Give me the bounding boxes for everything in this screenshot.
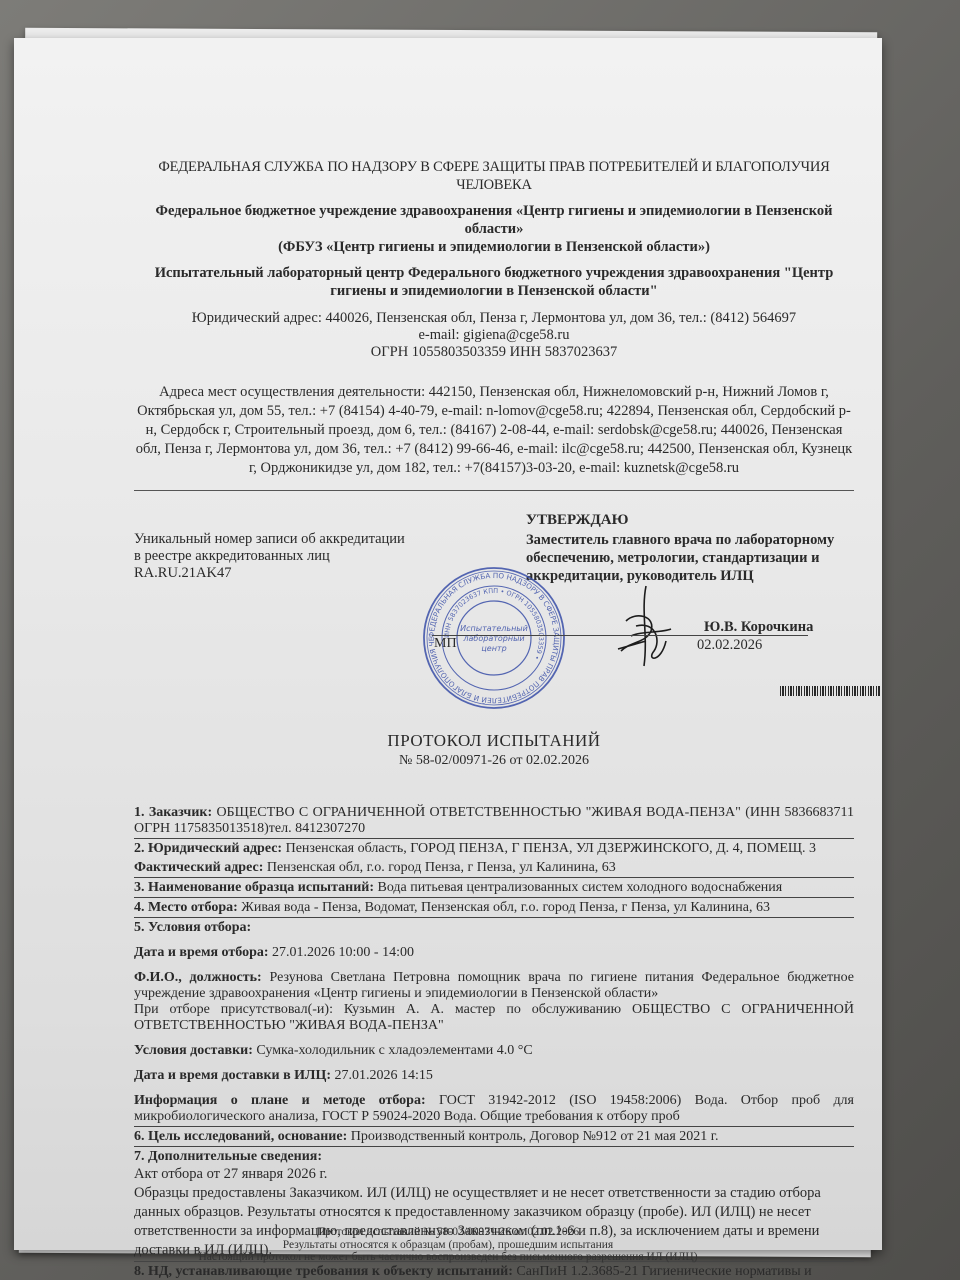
signer-name: Ю.В. Корочкина bbox=[704, 619, 813, 636]
delivery-conditions-label: Условия доставки: bbox=[134, 1043, 253, 1058]
legal-address-value: Пензенская область, ГОРОД ПЕНЗА, Г ПЕНЗА… bbox=[286, 841, 816, 856]
header-divider bbox=[134, 490, 854, 491]
lab-name: Испытательный лабораторный центр Федерал… bbox=[134, 264, 854, 300]
page-footer: Протокол испытаний № 58-02/00971-26 от 0… bbox=[14, 1226, 882, 1264]
normative-docs-value: СанПиН 1.2.3685-21 Гигиенические нормати… bbox=[516, 1264, 811, 1279]
footer-reproduction-note: Настоящий протокол не может быть частичн… bbox=[14, 1251, 882, 1264]
signature-icon bbox=[606, 581, 696, 671]
delivery-datetime-label: Дата и время доставки в ИЛЦ: bbox=[134, 1068, 331, 1083]
ogrn-inn: ОГРН 1055803503359 ИНН 5837023637 bbox=[134, 344, 854, 361]
sampling-act: Акт отбора от 27 января 2026 г. bbox=[134, 1165, 854, 1184]
svg-text:Испытательный: Испытательный bbox=[460, 624, 528, 633]
activity-addresses: Адреса мест осуществления деятельности: … bbox=[134, 383, 854, 478]
accreditation-line2: в реестре аккредитованных лиц bbox=[134, 548, 405, 565]
sample-name-value: Вода питьевая централизованных систем хо… bbox=[378, 880, 783, 895]
research-purpose-value: Производственный контроль, Договор №912 … bbox=[351, 1129, 719, 1144]
normative-docs-label: 8. НД, устанавливающие требования к объе… bbox=[134, 1264, 513, 1279]
sampling-conditions-label: 5. Условия отбора: bbox=[134, 920, 251, 935]
section-actual-address: Фактический адрес: Пензенская обл, г.о. … bbox=[134, 858, 854, 878]
section-sampling-place: 4. Место отбора: Живая вода - Пенза, Вод… bbox=[134, 898, 854, 918]
sampling-datetime: Дата и время отбора: 27.01.2026 10:00 - … bbox=[134, 943, 854, 962]
svg-text:центр: центр bbox=[481, 644, 506, 653]
document-page: ФЕДЕРАЛЬНАЯ СЛУЖБА ПО НАДЗОРУ В СФЕРЕ ЗА… bbox=[14, 38, 882, 1250]
additional-info-label: 7. Дополнительные сведения: bbox=[134, 1149, 322, 1164]
delivery-conditions-value: Сумка-холодильник с хладоэлементами 4.0 … bbox=[256, 1043, 532, 1058]
actual-address-label: Фактический адрес: bbox=[134, 860, 263, 875]
legal-address-label: 2. Юридический адрес: bbox=[134, 841, 282, 856]
institution-name: Федеральное бюджетное учреждение здравоо… bbox=[134, 202, 854, 238]
sampling-place-value: Живая вода - Пенза, Водомат, Пензенская … bbox=[241, 900, 770, 915]
approval-info: УТВЕРЖДАЮ Заместитель главного врача по … bbox=[526, 511, 856, 585]
document-content: ФЕДЕРАЛЬНАЯ СЛУЖБА ПО НАДЗОРУ В СФЕРЕ ЗА… bbox=[134, 158, 854, 1280]
sampler-label: Ф.И.О., должность: bbox=[134, 970, 262, 985]
email: e-mail: gigiena@cge58.ru bbox=[134, 327, 854, 344]
delivery-conditions: Условия доставки: Сумка-холодильник с хл… bbox=[134, 1041, 854, 1060]
actual-address-value: Пензенская обл, г.о. город Пенза, г Пенз… bbox=[267, 860, 616, 875]
approval-title: УТВЕРЖДАЮ bbox=[526, 511, 856, 529]
approval-position: Заместитель главного врача по лабораторн… bbox=[526, 531, 856, 585]
approval-date: 02.02.2026 bbox=[697, 637, 762, 654]
approval-block: Уникальный номер записи об аккредитации … bbox=[134, 501, 854, 661]
customer-phone: тел. 8412307270 bbox=[269, 821, 365, 836]
footer-results-note: Результаты относятся к образцам (пробам)… bbox=[14, 1239, 882, 1252]
section-legal-address: 2. Юридический адрес: Пензенская область… bbox=[134, 839, 854, 858]
seal-mark: МП bbox=[434, 636, 457, 652]
sampling-datetime-value: 27.01.2026 10:00 - 14:00 bbox=[272, 945, 414, 960]
research-purpose-label: 6. Цель исследований, основание: bbox=[134, 1129, 347, 1144]
section-sampling-conditions: 5. Условия отбора: bbox=[134, 918, 854, 937]
protocol-number: № 58-02/00971-26 от 02.02.2026 bbox=[134, 753, 854, 769]
section-research-purpose: 6. Цель исследований, основание: Произво… bbox=[134, 1127, 854, 1147]
barcode-icon bbox=[780, 686, 880, 696]
customer-label: 1. Заказчик: bbox=[134, 805, 212, 820]
accreditation-line1: Уникальный номер записи об аккредитации bbox=[134, 531, 405, 548]
legal-address: Юридический адрес: 440026, Пензенская об… bbox=[134, 310, 854, 327]
section-sample-name: 3. Наименование образца испытаний: Вода … bbox=[134, 878, 854, 898]
delivery-datetime: Дата и время доставки в ИЛЦ: 27.01.2026 … bbox=[134, 1066, 854, 1085]
institution-short-name: (ФБУЗ «Центр гигиены и эпидемиологии в П… bbox=[134, 238, 854, 256]
sampling-place-label: 4. Место отбора: bbox=[134, 900, 238, 915]
footer-protocol-number: Протокол испытаний № 58-02/00971-26 от 0… bbox=[14, 1226, 882, 1239]
present-persons: При отборе присутствовал(-и): Кузьмин А.… bbox=[134, 1002, 854, 1034]
sampling-method: Информация о плане и методе отбора: ГОСТ… bbox=[134, 1091, 854, 1127]
agency-heading: ФЕДЕРАЛЬНАЯ СЛУЖБА ПО НАДЗОРУ В СФЕРЕ ЗА… bbox=[134, 158, 854, 194]
sampling-method-label: Информация о плане и методе отбора: bbox=[134, 1093, 426, 1108]
sampling-datetime-label: Дата и время отбора: bbox=[134, 945, 269, 960]
delivery-datetime-value: 27.01.2026 14:15 bbox=[335, 1068, 433, 1083]
sample-name-label: 3. Наименование образца испытаний: bbox=[134, 880, 374, 895]
accreditation-number: RA.RU.21AK47 bbox=[134, 565, 405, 582]
section-customer: 1. Заказчик: ОБЩЕСТВО С ОГРАНИЧЕННОЙ ОТВ… bbox=[134, 803, 854, 839]
sampler-info: Ф.И.О., должность: Резунова Светлана Пет… bbox=[134, 968, 854, 1035]
protocol-title: ПРОТОКОЛ ИСПЫТАНИЙ bbox=[134, 731, 854, 751]
section-normative-docs: 8. НД, устанавливающие требования к объе… bbox=[134, 1262, 854, 1280]
accreditation-info: Уникальный номер записи об аккредитации … bbox=[134, 531, 405, 582]
customer-value: ОБЩЕСТВО С ОГРАНИЧЕННОЙ ОТВЕТСТВЕННОСТЬЮ… bbox=[134, 805, 854, 836]
